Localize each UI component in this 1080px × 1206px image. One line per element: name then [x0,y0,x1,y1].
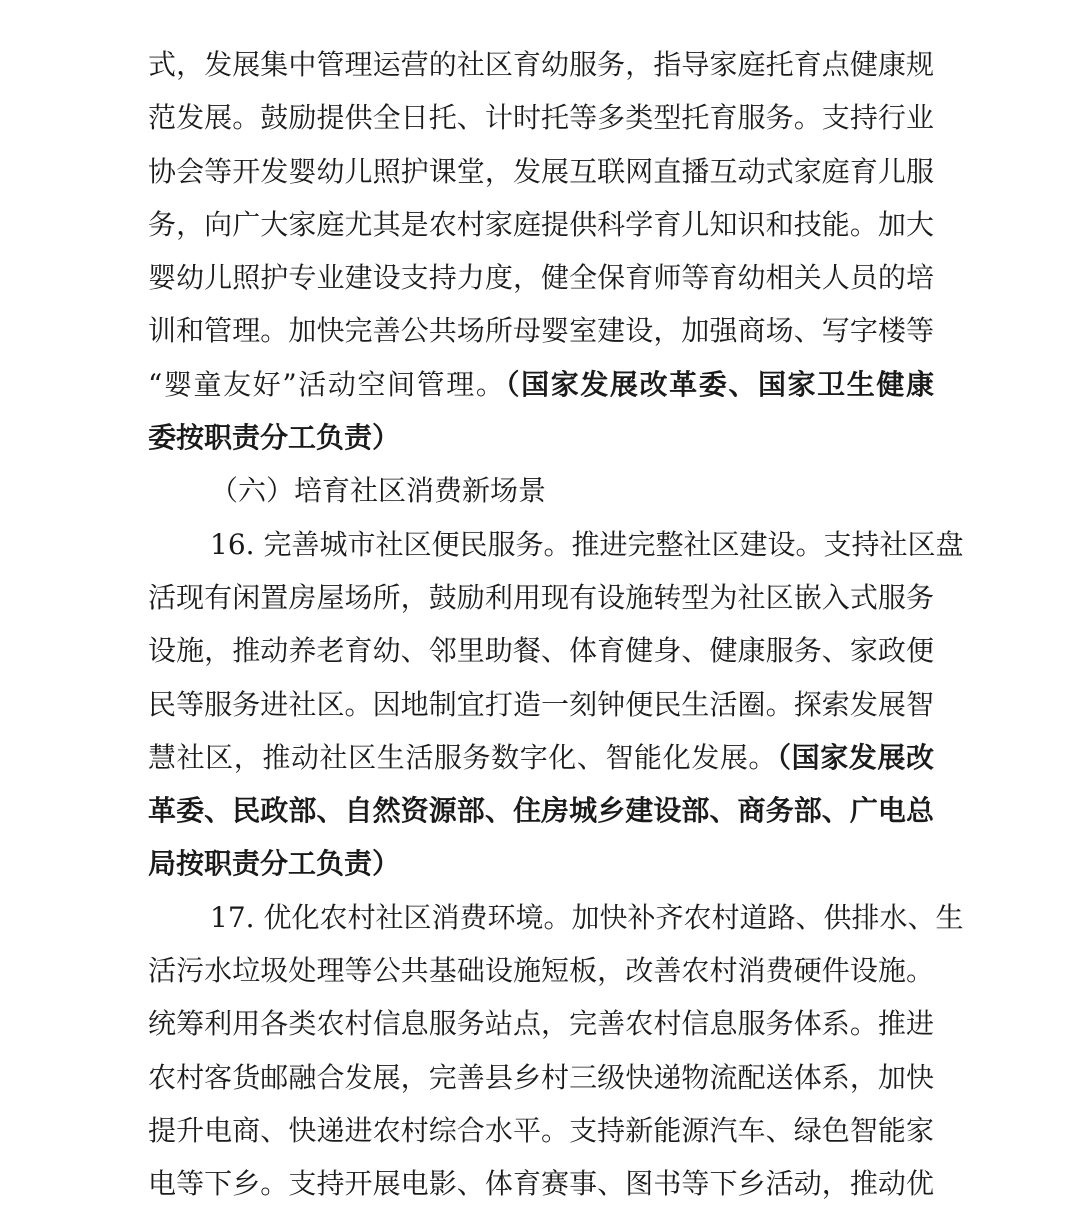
text-line: 提升电商、快递进农村综合水平。支持新能源汽车、绿色智能家 [148,1104,934,1157]
text-line: 电等下乡。支持开展电影、体育赛事、图书等下乡活动，推动优 [148,1157,934,1206]
text-line: 17. 优化农村社区消费环境。加快补齐农村道路、供排水、生 [148,891,934,944]
text-line: 16. 完善城市社区便民服务。推进完整社区建设。支持社区盘 [148,518,934,571]
text-line: 统筹利用各类农村信息服务站点，完善农村信息服务体系。推进 [148,997,934,1050]
text-line: 设施，推动养老育幼、邻里助餐、体育健身、健康服务、家政便 [148,624,934,677]
responsible-agencies: （国家发展改 [777,741,934,774]
text-line: 慧社区，推动社区生活服务数字化、智能化发展。（国家发展改 [148,731,934,784]
text-line: 范发展。鼓励提供全日托、计时托等多类型托育服务。支持行业 [148,91,934,144]
body-text: “婴童友好”活动空间管理。 [148,368,506,401]
text-line: 革委、民政部、自然资源部、住房城乡建设部、商务部、广电总 [148,784,934,837]
document-page: 式，发展集中管理运营的社区育幼服务，指导家庭托育点健康规 范发展。鼓励提供全日托… [148,38,934,1206]
text-line: 委按职责分工负责） [148,411,934,464]
body-text: 。加快补齐农村道路、供排水、生 [543,901,963,934]
item-number: 17. [210,901,255,934]
text-line: 活现有闲置房屋场所，鼓励利用现有设施转型为社区嵌入式服务 [148,571,934,624]
text-line: 农村客货邮融合发展，完善县乡村三级快递物流配送体系，加快 [148,1051,934,1104]
item-title: 优化农村社区消费环境 [263,901,543,934]
text-line: 婴幼儿照护专业建设支持力度，健全保育师等育幼相关人员的培 [148,251,934,304]
item-number: 16. [210,528,255,561]
text-line: 协会等开发婴幼儿照护课堂，发展互联网直播互动式家庭育儿服 [148,145,934,198]
responsible-agencies: 委按职责分工负责） [148,421,400,454]
text-line: 民等服务进社区。因地制宜打造一刻钟便民生活圈。探索发展智 [148,678,934,731]
text-line: “婴童友好”活动空间管理。（国家发展改革委、国家卫生健康 [148,358,934,411]
text-line: 局按职责分工负责） [148,837,934,890]
text-line: 活污水垃圾处理等公共基础设施短板，改善农村消费硬件设施。 [148,944,934,997]
text-line: 训和管理。加快完善公共场所母婴室建设，加强商场、写字楼等 [148,304,934,357]
text-line: 务，向广大家庭尤其是农村家庭提供科学育儿知识和技能。加大 [148,198,934,251]
text-line: 式，发展集中管理运营的社区育幼服务，指导家庭托育点健康规 [148,38,934,91]
item-title: 完善城市社区便民服务 [263,528,543,561]
section-heading: （六）培育社区消费新场景 [148,464,934,517]
body-text: 。推进完整社区建设。支持社区盘 [543,528,963,561]
responsible-agencies: 局按职责分工负责） [148,847,400,880]
responsible-agencies: （国家发展改革委、国家卫生健康 [506,368,934,401]
body-text: 慧社区，推动社区生活服务数字化、智能化发展。 [148,741,777,774]
responsible-agencies: 革委、民政部、自然资源部、住房城乡建设部、商务部、广电总 [148,794,934,827]
